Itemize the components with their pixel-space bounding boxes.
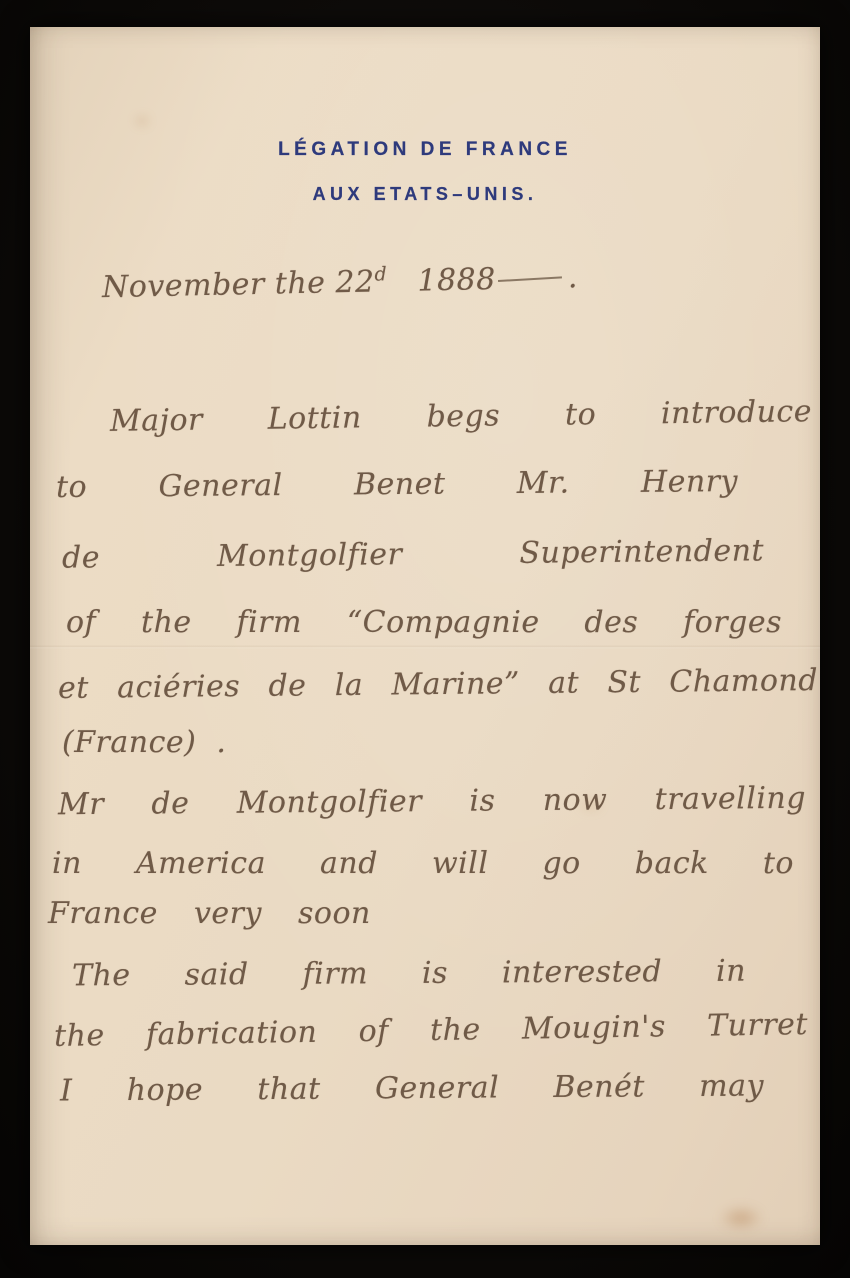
handwritten-line: Major Lottin begs to introduce: [110, 394, 812, 439]
handwritten-line: France very soon: [48, 896, 371, 931]
letterhead-line-2: AUX ETATS–UNIS.: [30, 184, 820, 205]
letterhead-line-1: LÉGATION DE FRANCE: [30, 139, 820, 161]
handwritten-line: of the firm “Compagnie des forges: [66, 605, 782, 640]
handwritten-line: (France) .: [62, 725, 226, 760]
date-year: 1888: [417, 262, 496, 299]
foxing-stain: [718, 1205, 764, 1231]
foxing-stain: [134, 115, 150, 127]
handwritten-line: to General Benet Mr. Henry: [56, 464, 738, 505]
handwritten-line: I hope that General Benét may: [60, 1069, 764, 1109]
handwritten-line: in America and will go back to: [52, 846, 794, 881]
fold-crease: [30, 645, 820, 649]
pen-flourish: [498, 276, 562, 282]
date-prefix: November the 22: [102, 264, 375, 305]
date-line: November the 22d 1888.: [102, 257, 693, 305]
handwritten-line: de Montgolfier Superintendent: [62, 533, 764, 575]
letter-page: LÉGATION DE FRANCE AUX ETATS–UNIS. Novem…: [30, 27, 820, 1245]
date-period: .: [567, 260, 578, 295]
handwritten-line: The said firm is interested in: [72, 954, 746, 994]
date-ordinal: d: [374, 263, 387, 285]
handwritten-line: Mr de Montgolfier is now travelling: [58, 781, 806, 823]
handwritten-line: the fabrication of the Mougin's Turret: [54, 1007, 808, 1054]
handwritten-line: et aciéries de la Marine” at St Chamond: [58, 663, 818, 706]
